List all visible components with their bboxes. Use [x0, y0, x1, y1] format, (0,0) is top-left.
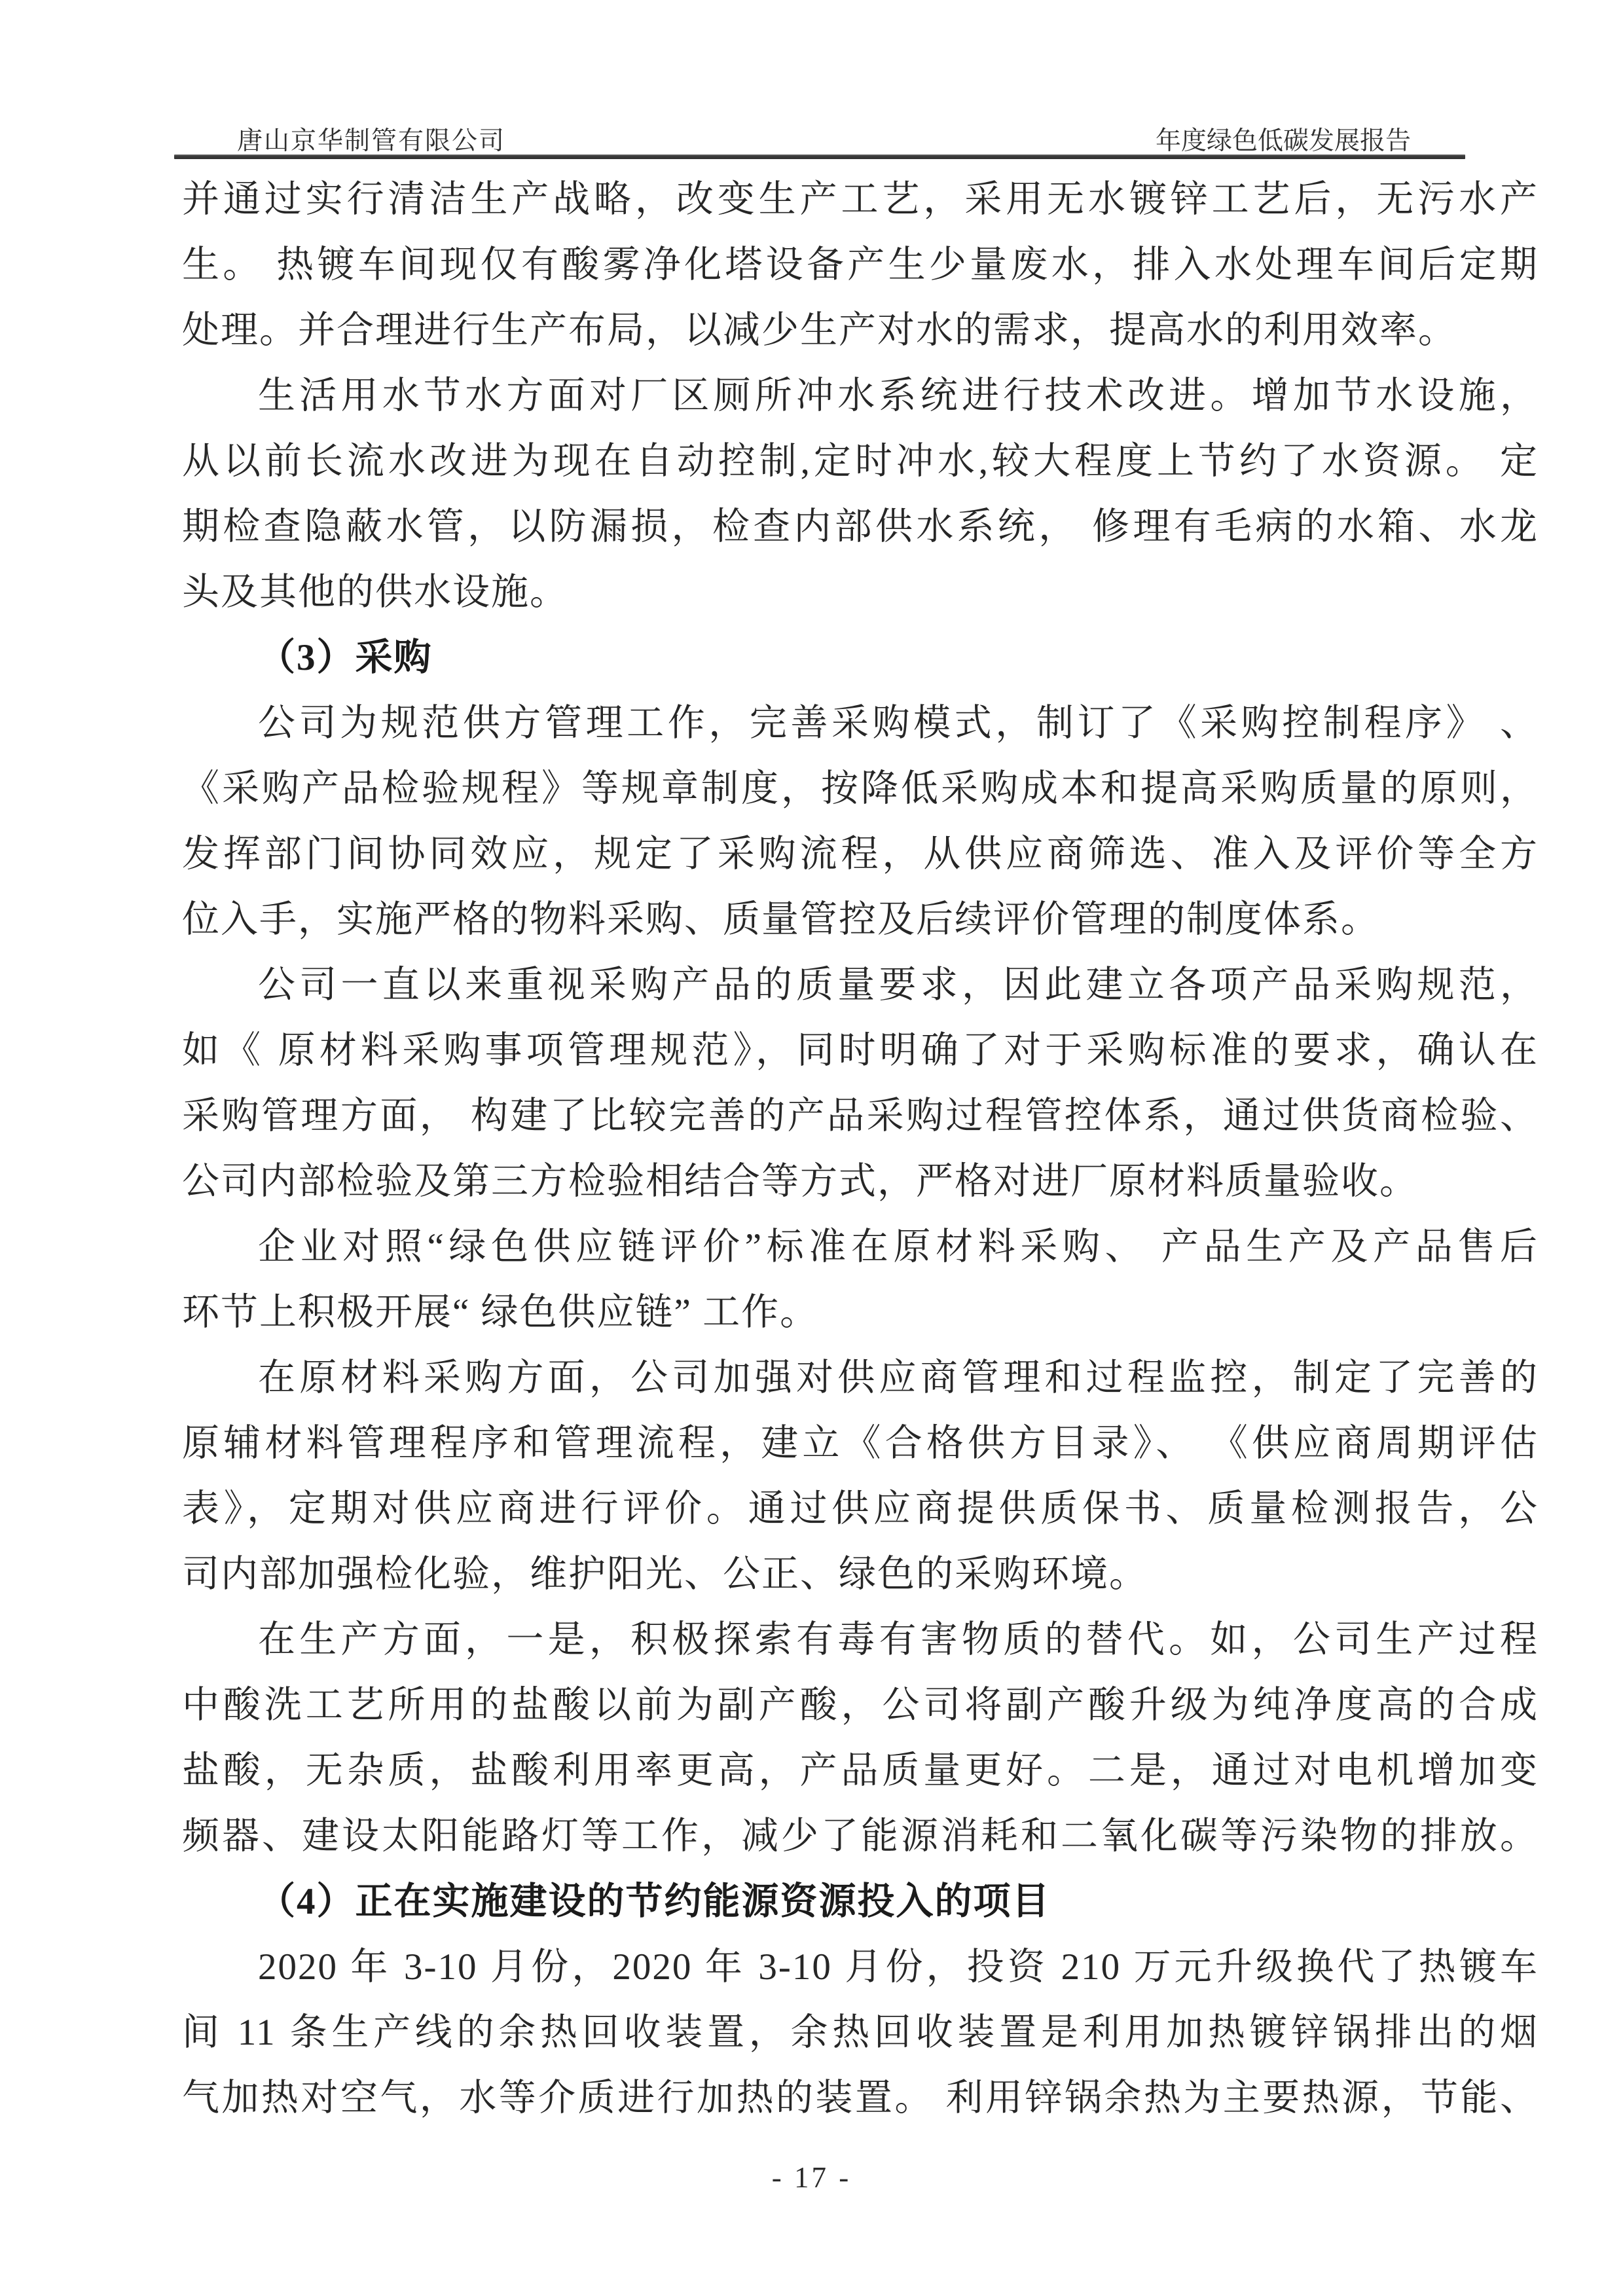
section-heading-energy-projects: （4）正在实施建设的节约能源资源投入的项目 [182, 1869, 1539, 1935]
body-line: 气加热对空气，水等介质进行加热的装置。 利用锌锅余热为主要热源，节能、 [182, 2066, 1539, 2131]
body-line: 企业对照“绿色供应链评价”标准在原材料采购、 产品生产及产品售后 [182, 1214, 1539, 1280]
body-line: 公司为规范供方管理工作，完善采购模式，制订了《采购控制程序》 、 [182, 691, 1539, 756]
body-text: 并通过实行清洁生产战略，改变生产工艺，采用无水镀锌工艺后，无污水产 生。 热镀车… [182, 167, 1539, 2131]
body-line: 2020 年 3-10 月份，2020 年 3-10 月份，投资 210 万元升… [182, 1935, 1539, 2000]
body-line: 从以前长流水改进为现在自动控制,定时冲水,较大程度上节约了水资源。 定 [182, 429, 1539, 494]
body-line: 期检查隐蔽水管，以防漏损，检查内部供水系统， 修理有毛病的水箱、水龙 [182, 494, 1539, 560]
body-line: 如《 原材料采购事项管理规范》，同时明确了对于采购标准的要求，确认在 [182, 1018, 1539, 1084]
body-line: 采购管理方面， 构建了比较完善的产品采购过程管控体系，通过供货商检验、 [182, 1084, 1539, 1149]
body-line: 生。 热镀车间现仅有酸雾净化塔设备产生少量废水，排入水处理车间后定期 [182, 232, 1539, 298]
body-line: 在原材料采购方面，公司加强对供应商管理和过程监控，制定了完善的 [182, 1345, 1539, 1411]
body-line: 并通过实行清洁生产战略，改变生产工艺，采用无水镀锌工艺后，无污水产 [182, 167, 1539, 232]
header-report-title: 年度绿色低碳发展报告 [1156, 120, 1411, 157]
document-page: 唐山京华制管有限公司 年度绿色低碳发展报告 并通过实行清洁生产战略，改变生产工艺… [0, 0, 1623, 2296]
body-line: 《采购产品检验规程》等规章制度，按降低采购成本和提高采购质量的原则， [182, 756, 1539, 822]
header-company-name: 唐山京华制管有限公司 [237, 120, 505, 157]
body-line: 公司内部检验及第三方检验相结合等方式，严格对进厂原材料质量验收。 [182, 1149, 1539, 1214]
body-line: 处理。并合理进行生产布局，以减少生产对水的需求，提高水的利用效率。 [182, 298, 1539, 363]
body-line: 中酸洗工艺所用的盐酸以前为副产酸，公司将副产酸升级为纯净度高的合成 [182, 1673, 1539, 1738]
body-line: 在生产方面，一是，积极探索有毒有害物质的替代。如，公司生产过程 [182, 1607, 1539, 1673]
body-line: 原辅材料管理程序和管理流程，建立《合格供方目录》、 《供应商周期评估 [182, 1411, 1539, 1476]
body-line: 表》，定期对供应商进行评价。通过供应商提供质保书、质量检测报告，公 [182, 1476, 1539, 1542]
body-line: 位入手，实施严格的物料采购、质量管控及后续评价管理的制度体系。 [182, 887, 1539, 953]
body-line: 间 11 条生产线的余热回收装置，余热回收装置是利用加热镀锌锅排出的烟 [182, 2000, 1539, 2066]
body-line: 生活用水节水方面对厂区厕所冲水系统进行技术改进。增加节水设施， [182, 363, 1539, 429]
body-line: 环节上积极开展“ 绿色供应链” 工作。 [182, 1280, 1539, 1345]
section-heading-procurement: （3）采购 [182, 625, 1539, 691]
body-line: 频器、建设太阳能路灯等工作，减少了能源消耗和二氧化碳等污染物的排放。 [182, 1804, 1539, 1869]
body-line: 盐酸，无杂质，盐酸利用率更高，产品质量更好。二是，通过对电机增加变 [182, 1738, 1539, 1804]
body-line: 司内部加强检化验，维护阳光、公正、绿色的采购环境。 [182, 1542, 1539, 1607]
page-number: - 17 - [0, 2160, 1623, 2195]
body-line: 公司一直以来重视采购产品的质量要求，因此建立各项产品采购规范， [182, 953, 1539, 1018]
body-line: 发挥部门间协同效应，规定了采购流程，从供应商筛选、准入及评价等全方 [182, 822, 1539, 887]
header-rule [174, 155, 1465, 159]
body-line: 头及其他的供水设施。 [182, 560, 1539, 625]
